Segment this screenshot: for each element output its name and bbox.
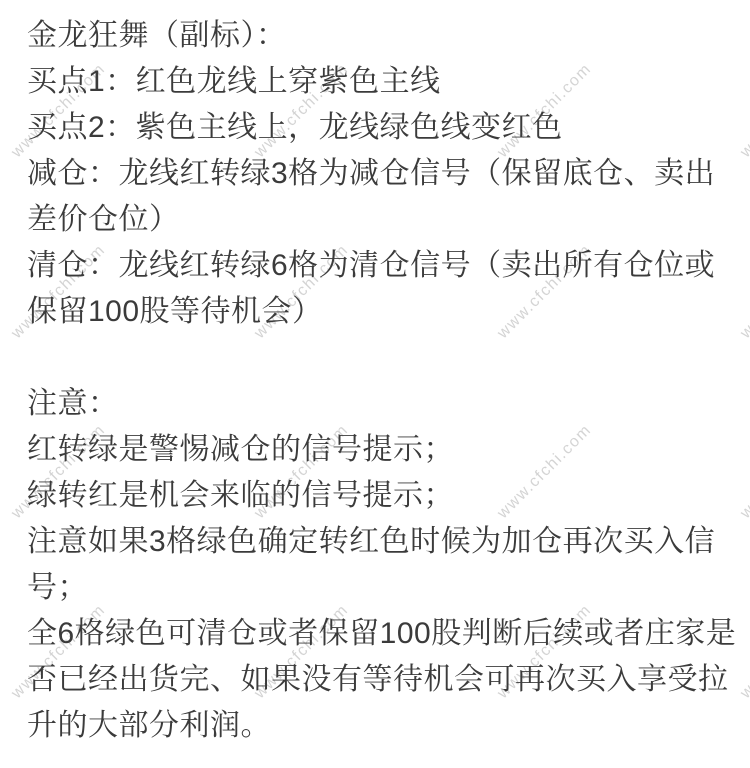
blank-line xyxy=(27,335,732,381)
text-line-16: 升的大部分利润。 xyxy=(27,703,732,749)
text-line-5: 差价仓位） xyxy=(27,197,732,243)
watermark-text: www.cfchi.com xyxy=(737,601,750,702)
text-line-2: 买点1：红色龙线上穿紫色主线 xyxy=(27,59,732,105)
text-line-14: 全6格绿色可清仓或者保留100股判断后续或者庄家是 xyxy=(27,611,732,657)
text-line-15: 否已经出货完、如果没有等待机会可再次买入享受拉 xyxy=(27,657,732,703)
text-line-10: 红转绿是警惕减仓的信号提示； xyxy=(27,427,732,473)
text-line-1: 金龙狂舞（副标）： xyxy=(27,13,732,59)
text-line-7: 保留100股等待机会） xyxy=(27,289,732,335)
text-line-6: 清仓：龙线红转绿6格为清仓信号（卖出所有仓位或 xyxy=(27,243,732,289)
document-text: 金龙狂舞（副标）：买点1：红色龙线上穿紫色主线买点2：紫色主线上，龙线绿色线变红… xyxy=(27,13,732,749)
watermark-text: www.cfchi.com xyxy=(737,241,750,342)
text-line-4: 减仓：龙线红转绿3格为减仓信号（保留底仓、卖出 xyxy=(27,151,732,197)
watermark-text: www.cfchi.com xyxy=(737,421,750,522)
text-line-11: 绿转红是机会来临的信号提示； xyxy=(27,473,732,519)
text-line-12: 注意如果3格绿色确定转红色时候为加仓再次买入信 xyxy=(27,519,732,565)
text-line-13: 号； xyxy=(27,565,732,611)
text-line-3: 买点2：紫色主线上，龙线绿色线变红色 xyxy=(27,105,732,151)
article-page: www.cfchi.comwww.cfchi.comwww.cfchi.comw… xyxy=(0,0,750,768)
text-line-9: 注意： xyxy=(27,381,732,427)
watermark-text: www.cfchi.com xyxy=(737,60,750,161)
